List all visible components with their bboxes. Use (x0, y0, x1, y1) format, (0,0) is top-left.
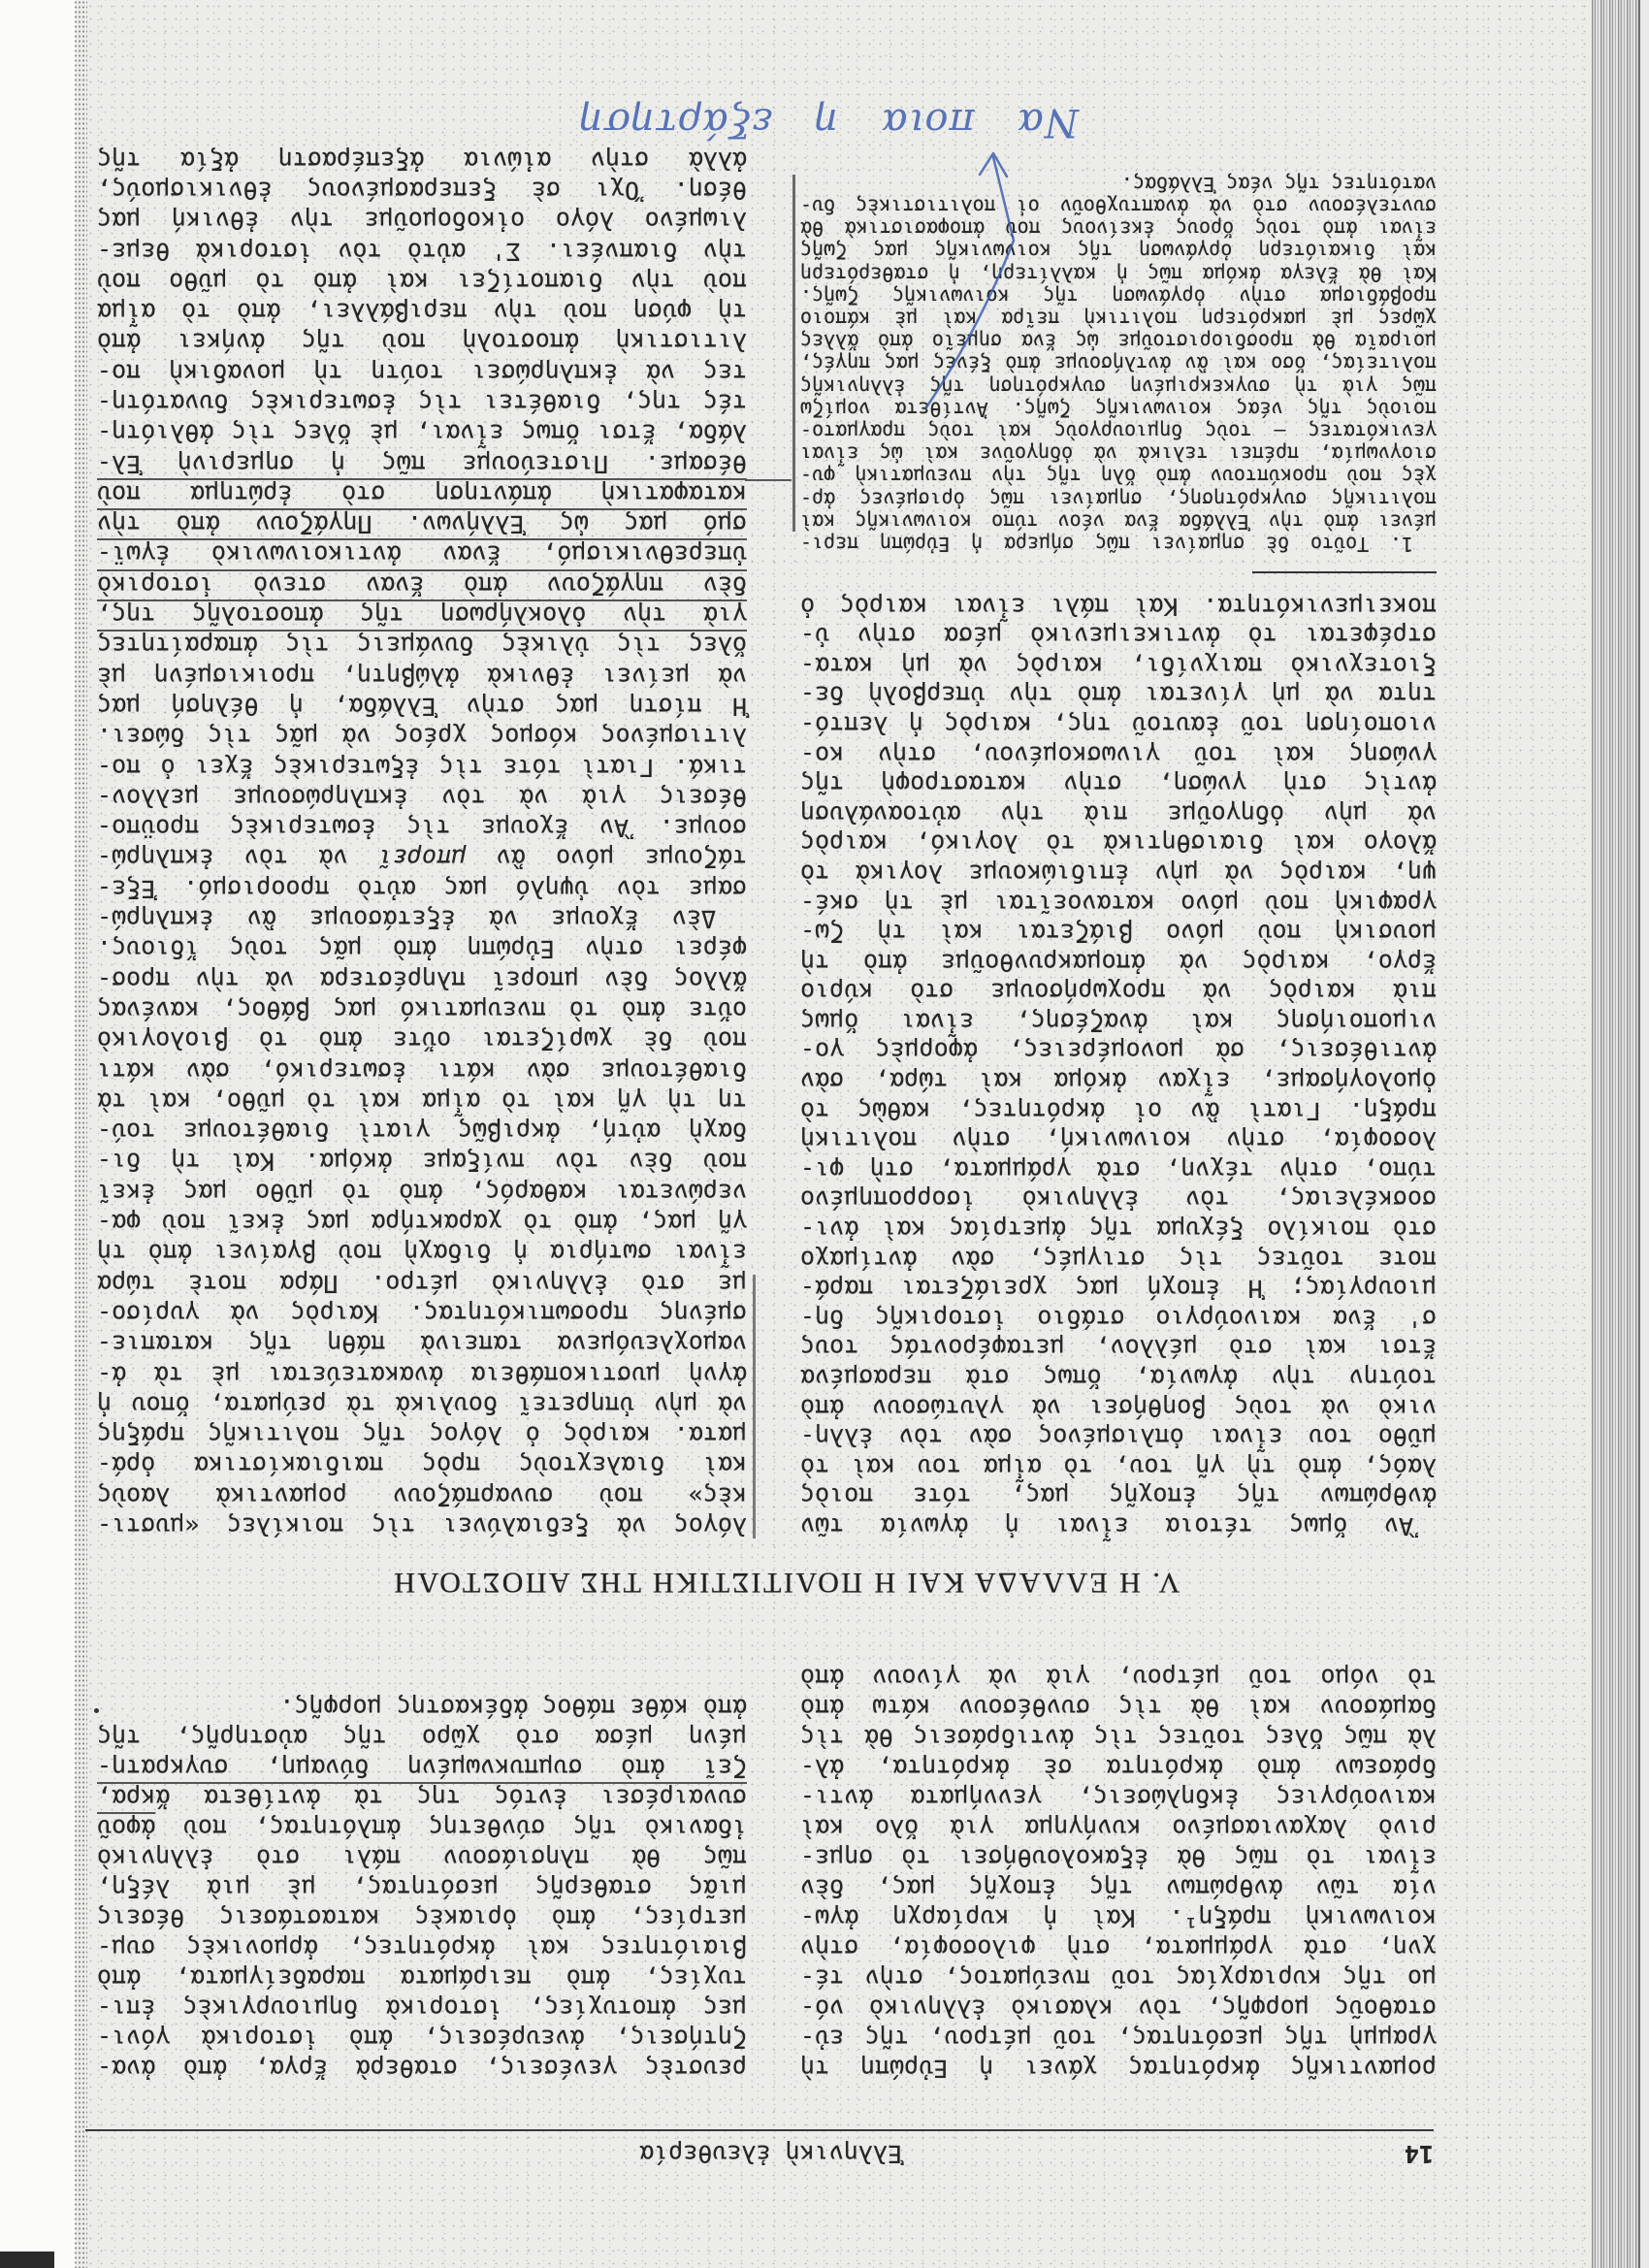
footnote-line: χῶρες μὲ μακρότερη πολιτικὴ πεῖρα καὶ μὲ… (800, 308, 1437, 330)
text-line: ποὺ δὲ χωρίζεται οὔτε ἀπὸ τὸ βιολογικὸ (97, 1025, 747, 1055)
text-line: κὲς» ποὺ συναρπάζουν ρομαντικὰ λαοὺς (97, 1480, 747, 1510)
stray-ink-dot (94, 1708, 99, 1713)
text-line: μένη μέσα στὸ χῶρο τῆς αὐστηρῆς, τῆς (97, 1723, 747, 1753)
text-line: καινούργιες ἐκδηλώσεις, γεννήματα ἀντι- (800, 1783, 1437, 1813)
handwritten-note: Να ποια η εξάρτηση (579, 95, 1079, 149)
text-line: ἰδανικὸ τῆς σύνθετης ἁπλότητας, ποὺ ἀφοῦ (97, 1813, 747, 1843)
text-line: τὴν διαπνέει. Σ' αὐτὸ τὸν ἱστορικὰ θεμε- (97, 236, 747, 266)
text-line: ἀντὶς στὴ γνώση, στὴν καταστροφὴ τῆς (800, 769, 1437, 799)
footnote-line: γενικότατες — τοὺς δημιουργοὺς καὶ τοὺς … (800, 420, 1437, 442)
text-line: ἔτσι καὶ στὸ μέλλον, μεταφέροντάς τους (800, 1333, 1437, 1363)
text-line: ἀπὸ κάθε πάθος ἀδέκαστης μορφῆς. (97, 1693, 747, 1723)
footnote-line: 1. Τοῦτο δὲ σημαίνει πῶς σήμερα ἡ Εὐρώπη… (800, 533, 1437, 555)
italic-emphasis: μπορεῖ (378, 844, 466, 872)
footnote-line: πῶς γιὰ τὴ συγκεκριμένη συγκρότηση τῆς ἑ… (800, 374, 1437, 397)
footnote-line: μένει ἀπὸ τὴν Ἑλλάδα ἕνα νέον τύπο κοινω… (800, 510, 1437, 533)
text-line: διαθέτουμε σὰν κάτι ἐσωτερικό, σὰν κάτι (97, 1055, 747, 1085)
text-line: νία τῶν ἀνθρώπων τῆς ἐποχῆς μας, δὲν (800, 1873, 1437, 1903)
text-line: ἀντιθέσεις, σὰ μονομέρειες, ἀφορμὲς γο- (800, 1036, 1437, 1066)
text-line: Ἂν ὅμως τέτοια εἶναι ἡ ἀγωνία τῶν (800, 1510, 1437, 1540)
text-line: τη τὴ γῆ καὶ τὸ αἷμα καὶ τὸ μῦθο, καὶ τὰ (97, 1086, 747, 1117)
text-line: κοινωνικὴ πράξη¹. Καὶ ἡ κυρίαρχη ἀγω- (800, 1903, 1437, 1933)
text-line: σαμε τὸν ὑψηλό μας αὐτὸ προορισμό. Ἐξε- (97, 873, 747, 903)
text-line: σ' ἕνα καινούργιο στάδιο ἱστορικῆς δη- (800, 1303, 1437, 1333)
text-line: στρέφεται τὸ ἀντικειμενικὸ μέσα στὴν ὑ- (800, 621, 1437, 651)
text-line: ἄλλος δὲν μπορεῖ πληρέστερα νὰ τὴν προσ- (97, 964, 747, 994)
text-line: ναμοχλευόμενα ταπεινὰ πάθη τῆς καταπιε- (97, 1329, 747, 1359)
text-line: μες ἀποτυχίες, ἱστορικὰ δημιουργικὲς ἐπι… (97, 1993, 747, 2024)
text-line: με στὸ ἑλληνικὸ μέτρο. Πάρα ποτὲ τώρα (97, 1268, 747, 1298)
top-right-column: ρευστὲς γενέσεις, σταθερὰ ἔργα, ἀπὸ ἀνα-… (97, 1693, 747, 2084)
text-line: νὰ μὴν ὑπηρετεῖ δουλικὰ τὰ ρεύματα, ὅπου… (97, 1390, 747, 1420)
text-line: πράξη. Γιατὶ ἂν οἱ ἀκρότητες, καθὼς τὸ (800, 1095, 1437, 1125)
text-line: μιουργίας; Ἡ ἐποχή μας χρειάζεται παρά- (800, 1274, 1437, 1304)
publication-title: Ἑλληνικὴ ἐλευθερία (639, 2138, 902, 2169)
text-line: μουσικὴ ποὺ μόνο βιάζεται καὶ τὴ ζω- (800, 918, 1437, 948)
text-line: σμένης προσωπικότητας. Καιρὸς νὰ γυρίσο- (97, 1299, 747, 1329)
text-line: ζητήσεις, ἀνευρέσεις, ἀπὸ ἱστορικὰ γόνι- (97, 2024, 747, 2054)
text-line: μῦθο του εἶναι ὁπλισμένος σὰν τὸν ἑλλη- (800, 1422, 1437, 1452)
text-line: τικά. Γιατὶ τότε τὶς ἐξωτερικὲς ἔχει ὁ π… (97, 752, 747, 782)
text-line: δαμάσουν καὶ θὰ τὶς συνθέσουν κάτω ἀπὸ (800, 1693, 1437, 1723)
text-line: ἀνθρώπων τῆς ἐποχῆς μας, τότε ποιὸς (800, 1481, 1437, 1511)
underline-extension (745, 479, 792, 481)
text-line: λόγος νὰ ξεδιαλύνει τὶς ποικίλες «μυστι- (97, 1511, 747, 1541)
scanned-page: 14 Ἑλληνικὴ ἐλευθερία ρομαντικῆς ἀκρότητ… (0, 0, 1649, 2268)
section-heading: V. Η ΕΛΛΑΔΑ ΚΑΙ Η ΠΟΛΙΤΙΣΤΙΚΗ ΤΗΣ ΑΠΟΣΤΟ… (378, 1565, 1193, 1600)
text-line: θέση. Ὄχι σὲ ξεπερασμένους ἐθνικισμούς, (97, 176, 747, 206)
text-line: ρομαντικῆς ἀκρότητας χάνει ἡ Εὐρώπη τὴ (800, 2054, 1437, 2084)
text-line: νὰ μὴν ὁδηγοῦμε πιὰ τὴν αὐτοανάλυση (800, 798, 1437, 828)
footnote-line: σιογνωμία, πρέπει τελικὰ νὰ ὁδηγοῦνε καὶ… (800, 442, 1437, 465)
header-rule (85, 2129, 1434, 2131)
page-rotated-180: 14 Ἑλληνικὴ ἐλευθερία ρομαντικῆς ἀκρότητ… (0, 0, 1649, 2268)
text-line: ρινὸ λαχανιασμένο κυνήγημα γιὰ ὅλο καὶ (800, 1813, 1437, 1843)
text-line: ποὺ τὴν διαποτίζει καὶ ἀπὸ τὸ μῦθο ποὺ (97, 267, 747, 297)
text-line: ἔργο, καιρὸς νὰ ἀπομακρυνθοῦμε ἀπὸ τὴ (800, 947, 1437, 977)
text-line: τὴ φύση ποὺ τὴν περιβάλλει, ἀπὸ τὸ αἷμα (97, 297, 747, 327)
underlined-fragment: ἀφοῦ (97, 1814, 155, 1842)
text-line: λιτιστικὴ ἀποστολὴ ποὺ τῆς ἀνήκει ἀπὸ (97, 327, 747, 357)
text-line: ψη, καιρὸς νὰ μὴν ἐπιδιώκουμε λογικὰ τὸ (800, 858, 1437, 888)
running-head: 14 Ἑλληνικὴ ἐλευθερία (0, 2138, 1649, 2169)
text-line: τυχίες, ἀπὸ πειράματα παραδείγματα, ἀπὸ (97, 1963, 747, 1993)
text-line: τούτην τὴν ἀγωνία, ὅπως στὰ περασμένα (800, 1362, 1437, 1392)
underlined-text-line: καταφατικὴ ἀπάντηση στὸ ἐρώτημα ποὺ (97, 479, 747, 509)
text-line: νὰ μείνει ἐθνικὰ ἀλώβητη, προικισμένη μὲ (97, 661, 747, 691)
text-line: ματα. καιρὸς ὁ λόγος τῆς πολιτικῆς πράξη… (97, 1420, 747, 1450)
footnote-line: πολιτείας, ὅσο καὶ ἂν ἀντλήσουμε ἀπὸ ξέν… (800, 352, 1437, 374)
text-line: νιοποίηση τοῦ ἑαυτοῦ της, καιρὸς ἡ λεπτό… (800, 709, 1437, 739)
text-line: ἀλλὰ στὴν αἰώνια ἀξεπέραστη ἀξία τῆς (97, 145, 747, 175)
text-line: τές της, διαθέτει τὶς ἐσωτερικὲς δυνατότ… (97, 388, 747, 418)
text-line: μετρίες, ἀπὸ ὁριακὲς καταστάσεις θέσεις (97, 1903, 747, 1933)
underlined-text-line: ὅλες τὶς ὑλικὲς δυνάμεις τὶς ἀπαραίτητες (97, 631, 747, 661)
text-line: δράσεων ἀπὸ ἀκρότητα σὲ ἀκρότητα, ἀλ- (800, 1753, 1437, 1783)
underlined-text-line: συναιρέσει ἐντός της τὰ ἀντίθετα ἄκρα, (97, 1783, 747, 1813)
text-line: σταθοῦς μορφῆς, τὸν κλασικὸ ἑλληνικὸ νό- (800, 1993, 1437, 2024)
text-line: λαός, ἀπὸ τὴ γῆ του, τὸ αἷμα του καὶ τὸ (800, 1451, 1437, 1481)
text-line: βιαιότητες καὶ ἀκρότητες, ἁρμονικὲς συμ- (97, 1933, 747, 1963)
text-line: πιὰ καιρὸς νὰ προχωρήσουμε στὸ κύριο (800, 977, 1437, 1007)
text-line: καὶ διαλεχτοὺς πρὸς παιδιακίστικα ὁρά- (97, 1450, 747, 1480)
text-line: πῶς θὰ πλησιάσουν πάλι στὸ ἑλληνικὸ (97, 1843, 747, 1873)
text-line: Ἡ πίστη μας στὴν Ἑλλάδα, ἡ θέλησή μας (97, 692, 747, 722)
underlined-text-line: ὑπερεθνικισμό, ἕναν ἀντικοινωνικὸ ἐγωϊ- (97, 539, 747, 569)
text-line: χνη, στὰ γράμματα, στὴ φιλοσοφία, στὴν (800, 1933, 1437, 1963)
footnote-line: χὲς ποὺ προκύπτουν ἀπὸ ὅλη τῆς τὴν πνευμ… (800, 465, 1437, 487)
footnote-line: Καὶ θὰ ἔλεγα ἀκόμα πῶς ἡ καλλίτερη, ἡ στ… (800, 262, 1437, 284)
underlined-text-line: σμό μας ὡς Ἑλλήνων. Πηγάζουν ἀπὸ τὴν (97, 509, 747, 539)
text-line: τάζουμε μόνο ἂν μπορεῖ νὰ τὸν ἐκπληρώ- (97, 843, 747, 873)
text-line: σουμε. Ἂν ἔχουμε τὶς ἐσωτερικὲς προϋπο- (97, 813, 747, 843)
footnote-line: μοιραῖα θὰ προσδιοριστοῦμε ὡς ἕνα σημεῖο… (800, 330, 1437, 352)
text-line: ἀγνὴ μυστικοπάθεια ἀνακατεύεται μὲ τὰ ἀ- (97, 1359, 747, 1389)
text-fragment: τάζουμε μόνο ἂν (466, 844, 747, 872)
text-line: νικὸ νὰ τοὺς βοηθήσει νὰ γλυτώσουν ἀπὸ (800, 1392, 1437, 1422)
footnote-line: νατότητες τῆς νέας Ἑλλάδας. (800, 173, 1437, 195)
text-line: γραφικὴ ποὺ μόνο κατανοεῖται μὲ τὴ σκέ- (800, 888, 1437, 918)
text-line: ἄλογο καὶ διαισθητικὰ τὸ λογικό, καιρὸς (800, 828, 1437, 859)
text-line: θέσαμε. Πιστεύουμε πῶς ἡ σημερινὴ Ἑλ- (97, 448, 747, 478)
text-line: φέρει στὴν Εὐρώπη ἀπὸ μᾶς τοὺς ἴδιους. (97, 934, 747, 964)
margin-mark-paragraph (753, 1275, 756, 1539)
margin-mark-footnote (792, 175, 795, 532)
text-line: γραμμὴ τῆς μεσότητας, τοῦ μέτρου, τῆς εὐ… (800, 2024, 1437, 2054)
text-line: λιτισμένος κόσμος χρέος νὰ μᾶς τὶς δώσει… (97, 722, 747, 752)
text-line: εἶναι σωτήρια ἡ διδαχὴ ποὺ βγαίνει ἀπὸ τ… (97, 1238, 747, 1268)
text-line: θέσεις γιὰ νὰ τὸν ἐκπληρώσουμε μελλον- (97, 783, 747, 813)
text-line: οὔτε ἀπὸ τὸ πνευματικό μας βάθος, κανένα… (97, 995, 747, 1025)
underlined-text-line: γιὰ τὴν ὁλοκλήρωση τῆς ἀποστολῆς της, (97, 600, 747, 631)
footnote-separator (1252, 571, 1437, 573)
text-line: λοσοφία, στὴν κοινωνική, στὴν πολιτικὴ (800, 1125, 1437, 1155)
underlined-text-line: δὲν πηγάζουν ἀπὸ ἕναν στενὸ ἱστορικὸ (97, 570, 747, 600)
text-fragment: νὰ τὸν ἐκπληρώ- (97, 844, 378, 872)
text-line: μο τῆς κυριαρχίας τοῦ πνεύματος, στὴν τέ… (800, 1963, 1437, 1993)
text-line: ὁμολογήσαμε, εἶχαν ἀκόμα καὶ τώρα, σὰν (800, 1066, 1437, 1096)
text-line: ζεῖ ἀπὸ συμπυκνωμένη δύναμη, συγκρατη- (97, 1753, 747, 1783)
text-line: τὸ νόμο τοῦ μέτρου, γιὰ νὰ γίνουν ἀπὸ (800, 1663, 1437, 1693)
text-line: τητα νὰ μὴ γίνεται ἀπὸ τὴν ὑπερβολὴ δε- (800, 680, 1437, 710)
text-fragment: ἰδανικὸ τῆς σύνθετης ἁπλότητας, ποὺ (155, 1814, 747, 1842)
footnote-line: πολιτικῆς συγκρότησης, σημαίνει πῶς ὁρισ… (800, 487, 1437, 509)
text-line: λάδα, ἔτσι ὅπως εἶναι, μὲ ὅλες τὶς ἀθλιό… (97, 418, 747, 448)
footnote-line: εἶναι ἀπὸ τοὺς ὅρους ἐκείνους ποὺ ἀποφασ… (800, 217, 1437, 240)
text-line: γῆ μας, ἀπὸ τὸ χαρακτήρα μας ἐκεῖ ποὺ φα… (97, 1208, 747, 1238)
footnote-line: συντελέσουν στὸ νὰ ἀναπτυχθοῦν οἱ πολιτι… (800, 195, 1437, 217)
text-line: νερώνεται καθαρός, ἀπὸ τὸ μῦθο μας ἐκεῖ (97, 1177, 747, 1207)
text-line: νιμοποιήσης καὶ ἀναζέσης, εἶναι ὅμως (800, 1006, 1437, 1036)
text-line: ποκειμενικότητα. Καὶ πάλι εἶναι καιρὸς ὁ (800, 591, 1437, 621)
text-line: τύπο, στὴν τέχνη, στὰ γράμματα, στὴ φι- (800, 1154, 1437, 1184)
text-line: γνώσης καὶ τοῦ γινωσκομένου, στὴν κο- (800, 739, 1437, 769)
text-line: ποὺ δὲν τὸν πνίξαμε ἀκόμα. Καὶ τὴ δι- (97, 1147, 747, 1177)
text-line: μιᾶς σταθερῆς μεσότητας, μὲ μιὰ λέξη, (97, 1873, 747, 1903)
text-line: ξιοτεχνικὸ παιχνίδι, καιρὸς νὰ μὴ κατα- (800, 650, 1437, 680)
footnote-line: προβάδισμα στὴν ὀργάνωση τῆς κοινωνικῆς … (800, 285, 1437, 308)
footnote-line: καὶ δικαιότερη ὀργάνωση τῆς κοινωνικῆς μ… (800, 240, 1437, 262)
footnote: 1. Τοῦτο δὲ σημαίνει πῶς σήμερα ἡ Εὐρώπη… (800, 173, 1437, 555)
text-line: ποτε τοῦτες τὶς στιγμές, σὰν ἀντίμαχο (800, 1244, 1437, 1274)
text-line: εἶναι τὸ πῶς θὰ ἐξακολουθήσει τὸ σημε- (800, 1843, 1437, 1873)
top-left-column: ρομαντικῆς ἀκρότητας χάνει ἡ Εὐρώπη τὴ γ… (800, 1663, 1437, 2084)
page-number: 14 (1405, 2138, 1434, 2169)
body-left-column: Ἂν ὅμως τέτοια εἶναι ἡ ἀγωνία τῶν ἀνθρώπ… (800, 591, 1437, 1540)
text-line: ρευστὲς γενέσεις, σταθερὰ ἔργα, ἀπὸ ἀνα- (97, 2054, 747, 2084)
text-line: τες νὰ ἐκπληρώσει τούτη τὴ μοναδικὴ πο- (97, 357, 747, 387)
text-line: δαχὴ αὐτή, ἀκριβῶς γιατὶ διαθέτουμε τού- (97, 1117, 747, 1147)
text-line: στὸ ποικίλο ξέχυμα τῆς ἀμετρίας καὶ ἀνι- (800, 1214, 1437, 1244)
text-line: σοσκέλειας, τὸν ἑλληνικὸ ἰσορροπημένο (800, 1184, 1437, 1215)
footnote-line: ποιοὺς τῆς νέας κοινωνικῆς ζωῆς. Ἀντίθετ… (800, 398, 1437, 420)
text-line: λιωμένο λόγο οἰκοδομοῦμε τὴν ἐθνική μας (97, 206, 747, 236)
text-line: Δὲν ἔχουμε νὰ ἐξετάσουμε ἂν ἐκπληρώ- (97, 904, 747, 934)
body-right-column: λόγος νὰ ξεδιαλύνει τὶς ποικίλες «μυστι-… (97, 145, 747, 1541)
text-line: λὰ πῶς ὅλες τοῦτες τὶς ἀντιδράσεις θὰ τὶ… (800, 1723, 1437, 1753)
